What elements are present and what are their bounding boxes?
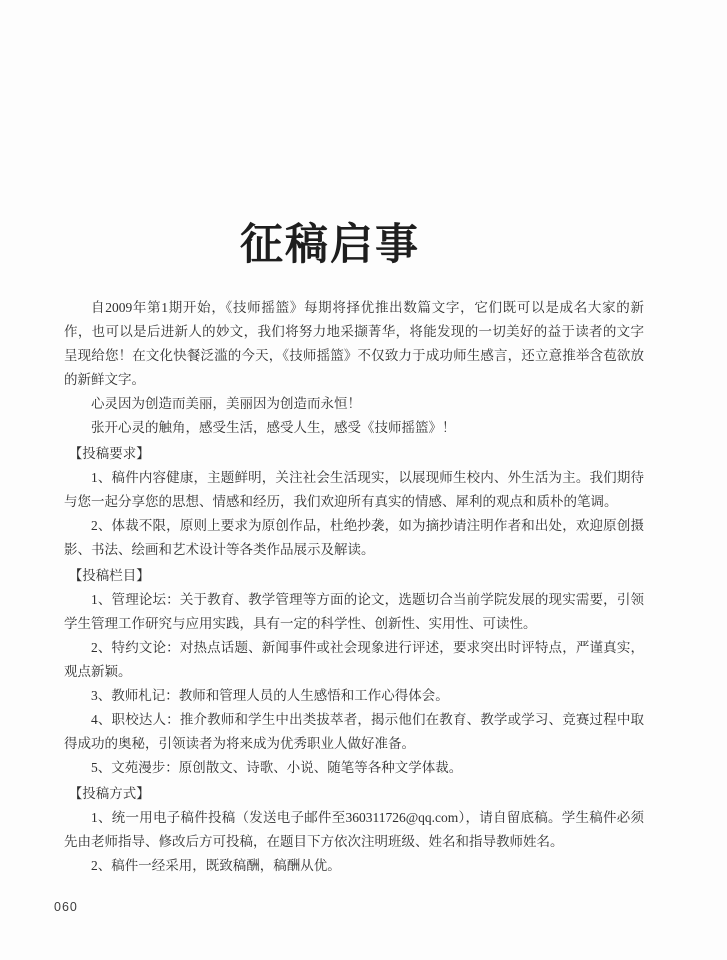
document-paragraph: 5、文苑漫步：原创散文、诗歌、小说、随笔等各种文学体裁。	[64, 756, 644, 780]
document-paragraph: 2、特约文论：对热点话题、新闻事件或社会现象进行评述，要求突出时评特点，严谨真实…	[64, 636, 644, 684]
document-paragraph: 2、稿件一经采用，既致稿酬，稿酬从优。	[64, 854, 644, 878]
section-heading: 【投稿要求】	[64, 442, 644, 466]
page-number: 060	[54, 900, 78, 914]
section-heading: 【投稿栏目】	[64, 564, 644, 588]
document-paragraph: 2、体裁不限，原则上要求为原创作品，杜绝抄袭，如为摘抄请注明作者和出处，欢迎原创…	[64, 514, 644, 562]
document-paragraph: 1、管理论坛：关于教育、教学管理等方面的论文，选题切合当前学院发展的现实需要，引…	[64, 588, 644, 636]
page-title: 征稿启事	[64, 218, 644, 272]
section-heading: 【投稿方式】	[64, 782, 644, 806]
document-paragraph: 心灵因为创造而美丽，美丽因为创造而永恒！	[64, 392, 644, 416]
document-paragraph: 1、稿件内容健康，主题鲜明，关注社会生活现实，以展现师生校内、外生活为主。我们期…	[64, 466, 644, 514]
document-paragraph: 4、职校达人：推介教师和学生中出类拔萃者，揭示他们在教育、教学或学习、竞赛过程中…	[64, 708, 644, 756]
document-body: 自2009年第1期开始，《技师摇篮》每期将择优推出数篇文字，它们既可以是成名大家…	[64, 296, 644, 878]
document-page: 征稿启事 自2009年第1期开始，《技师摇篮》每期将择优推出数篇文字，它们既可以…	[0, 0, 727, 960]
document-paragraph: 自2009年第1期开始，《技师摇篮》每期将择优推出数篇文字，它们既可以是成名大家…	[64, 296, 644, 392]
document-paragraph: 1、统一用电子稿件投稿（发送电子邮件至360311726@qq.com），请自留…	[64, 806, 644, 854]
document-paragraph: 张开心灵的触角，感受生活，感受人生，感受《技师摇篮》！	[64, 416, 644, 440]
document-paragraph: 3、教师札记：教师和管理人员的人生感悟和工作心得体会。	[64, 684, 644, 708]
